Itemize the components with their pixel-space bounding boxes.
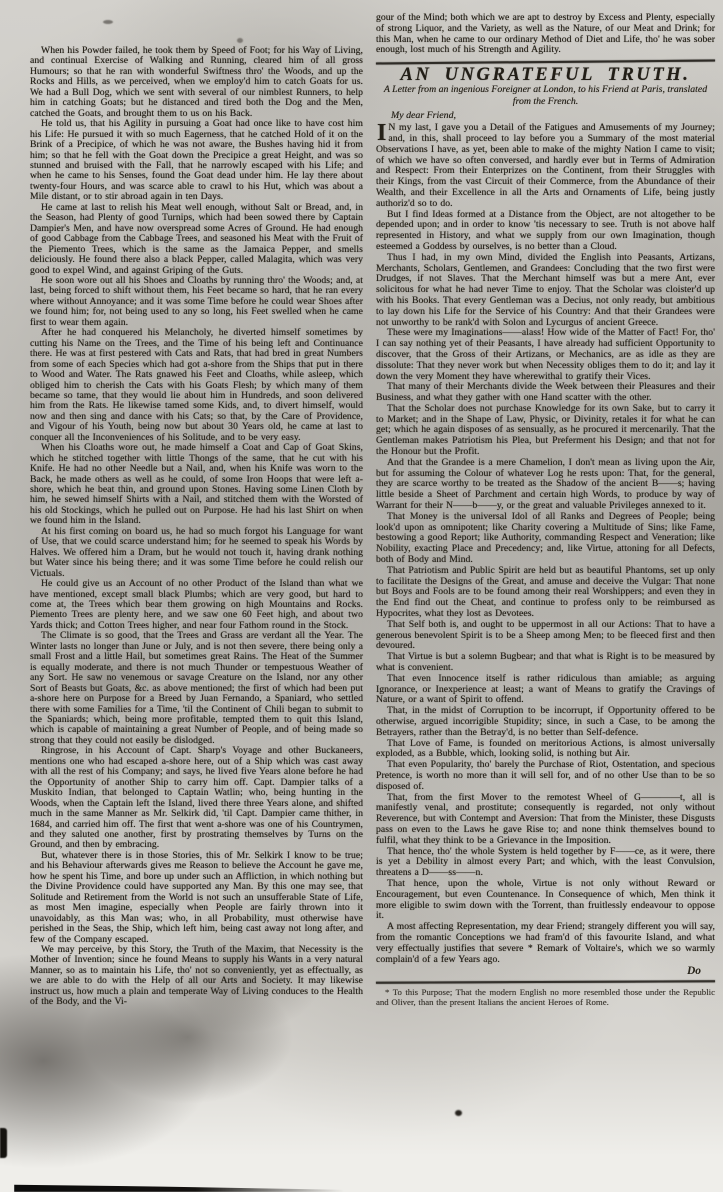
drop-cap-initial: I <box>376 123 388 143</box>
paragraph: After he had conquered his Melancholy, h… <box>30 328 363 443</box>
scan-edge-artifact <box>14 1183 344 1192</box>
paragraph: He came at last to relish his Meat well … <box>30 203 363 276</box>
salutation: My dear Friend, <box>391 111 715 122</box>
paragraph: He soon wore out all his Shoes and Cloat… <box>30 276 363 328</box>
paragraph: That hence, upon the whole, Virtue is no… <box>376 879 715 922</box>
continuation-paragraph: gour of the Mind; both which we are apt … <box>376 13 715 56</box>
footnote-rule <box>376 980 715 983</box>
paragraph: That, from the first Mover to the remote… <box>376 793 715 847</box>
paragraph: That Money is the universal Idol of all … <box>376 512 715 566</box>
paragraph: But, whatever there is in those Stories,… <box>30 851 363 945</box>
paragraph: That the Scholar does not purchase Knowl… <box>376 404 715 458</box>
paragraph: That Patriotism and Public Spirit are he… <box>376 566 715 620</box>
paragraph: That Self both is, and ought to be upper… <box>376 620 715 652</box>
column-layout: When his Powder failed, he took them by … <box>0 0 723 1008</box>
signature: Do <box>376 966 701 977</box>
paragraph: That many of their Merchants divide the … <box>376 382 715 404</box>
left-column: When his Powder failed, he took them by … <box>30 0 363 1008</box>
paragraph: We may perceive, by this Story, the Trut… <box>30 945 363 1008</box>
letter-paragraphs: But I find Ideas formed at a Distance fr… <box>376 210 715 966</box>
selkirk-account-paragraphs: When his Powder failed, he took them by … <box>30 46 363 1008</box>
ink-blot-left-edge <box>0 1128 7 1158</box>
paragraph: That Virtue is but a solemn Bugbear; and… <box>376 652 715 674</box>
paragraph: That even Innocence itself is rather rid… <box>376 674 715 706</box>
paragraph: When his Powder failed, he took them by … <box>30 46 363 119</box>
paragraph: When his Cloaths wore out, he made himse… <box>30 443 363 527</box>
paragraph: That Love of Fame, is founded on meritor… <box>376 739 715 761</box>
paragraph: He told us, that his Agility in pursuing… <box>30 119 363 203</box>
paragraph: Ringrose, in his Account of Capt. Sharp'… <box>30 746 363 851</box>
paragraph: The Climate is so good, that the Trees a… <box>30 631 363 746</box>
paragraph: These were my Imaginations——alass! How w… <box>376 328 715 382</box>
intro-paragraph: IN my last, I gave you a Detail of the F… <box>376 123 715 209</box>
right-column: gour of the Mind; both which we are apt … <box>376 0 715 1008</box>
article-title: AN UNGRATEFUL TRUTH. <box>376 70 715 81</box>
article-subtitle: A Letter from an ingenious Foreigner at … <box>382 84 709 107</box>
paragraph: That, in the midst of Corruption to be i… <box>376 706 715 738</box>
footnote: * To this Purpose; That the modern Engli… <box>376 987 715 1007</box>
newspaper-page: When his Powder failed, he took them by … <box>0 0 723 1192</box>
intro-paragraph-text: N my last, I gave you a Detail of the Fa… <box>376 122 715 209</box>
paragraph: And that the Grandee is a mere Chamelion… <box>376 458 715 512</box>
paragraph: But I find Ideas formed at a Distance fr… <box>376 210 715 253</box>
paragraph: At his first coming on board us, he had … <box>30 527 363 579</box>
paragraph: Thus I had, in my own Mind, divided the … <box>376 253 715 329</box>
ink-dot-artifact <box>455 1110 462 1116</box>
paragraph: That even Popularity, tho' barely the Pu… <box>376 760 715 792</box>
paragraph: A most affecting Representation, my dear… <box>376 922 715 965</box>
paragraph: He could give us an Account of no other … <box>30 579 363 631</box>
paragraph: That hence, tho' the whole System is hel… <box>376 847 715 879</box>
